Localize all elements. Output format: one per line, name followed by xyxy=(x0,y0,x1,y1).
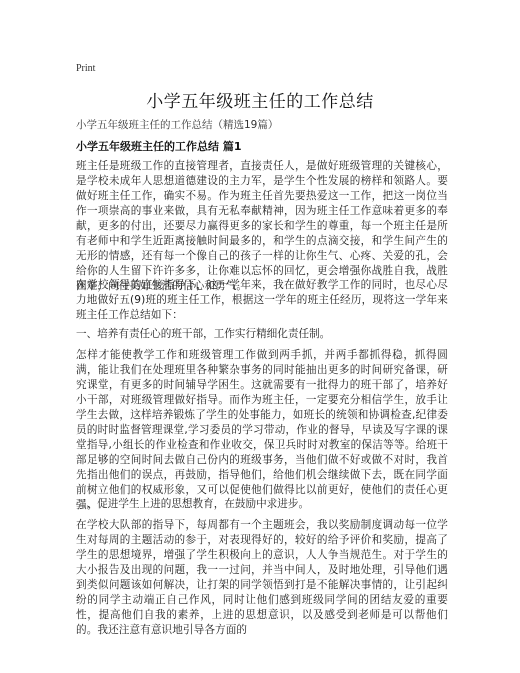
paragraph-cadres: 怎样才能使教学工作和班级管理工作做到两手抓，并两手都抓得稳，抓得圆满，能让我们在… xyxy=(76,348,448,513)
paragraph-education: 在学校大队部的指导下，每周都有一个主题班会，我以奖励制度调动每一位学生对每周的主… xyxy=(76,518,448,638)
subheading-education: 二、促进学生上进的思想教育，在鼓励中求进步。 xyxy=(76,496,309,511)
paragraph-intro: 班主任是班级工作的直接管理者，直接责任人，是做好班级管理的关键核心，是学校未成年… xyxy=(76,159,448,294)
document-subtitle: 小学五年级班主任的工作总结（精选19篇） xyxy=(76,117,278,132)
section-heading: 小学五年级班主任的工作总结 篇1 xyxy=(76,138,241,154)
print-label: Print xyxy=(76,63,95,74)
paragraph-overview: 在学校领导的直接指导下，这一学年来，我在做好教学工作的同时，也尽心尽力地做好五(… xyxy=(76,278,448,323)
subheading-cadres: 一、培养有责任心的班干部，工作实行精细化责任制。 xyxy=(76,326,330,341)
document-title: 小学五年级班主任的工作总结 xyxy=(0,87,520,112)
